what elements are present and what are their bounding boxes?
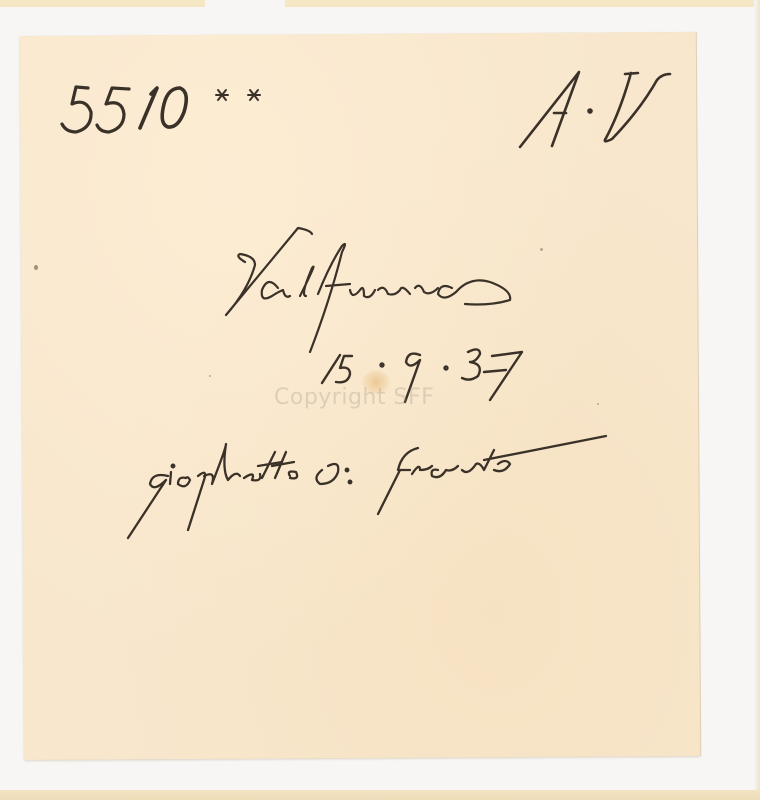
catalog-number-strokes <box>62 87 186 132</box>
description-strokes <box>128 436 606 538</box>
copyright-watermark: Copyright SFF <box>274 385 434 410</box>
initials-strokes <box>520 72 670 147</box>
asterisk-marks <box>216 90 260 100</box>
place-strokes <box>226 228 510 352</box>
